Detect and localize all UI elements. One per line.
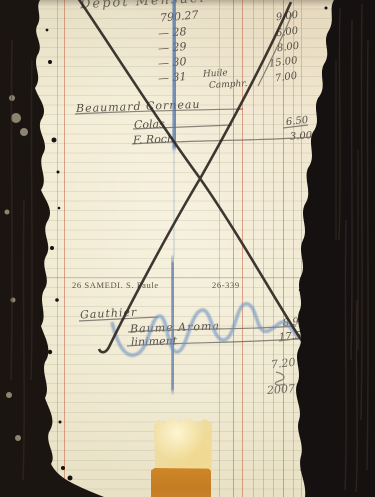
- black-paint-border-right: [296, 0, 375, 497]
- paint-border-overlay: [0, 0, 375, 497]
- black-paint-border-left: [0, 0, 104, 497]
- artwork-photo: Dépôt Mensuel 790.27 9.00 — 28 6.00 — 29…: [0, 0, 375, 497]
